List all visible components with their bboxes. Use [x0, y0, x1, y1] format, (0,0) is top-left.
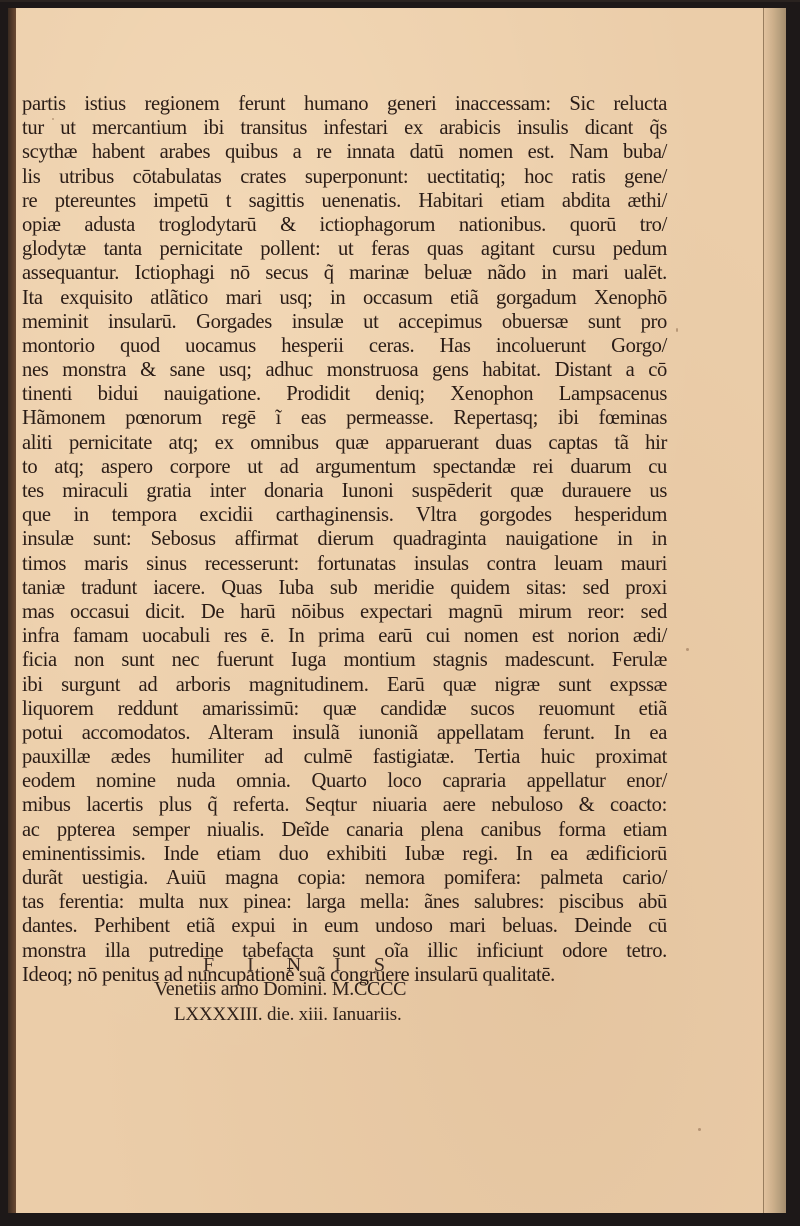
text-line: que in tempora excidii carthaginensis. V… [22, 503, 667, 527]
body-text: partis istius regionem ferunt humano gen… [22, 92, 667, 987]
text-line: opiæ adusta troglodytarū & ictiophagorum… [22, 213, 667, 237]
text-line: infra famam uocabuli res ē. In prima ear… [22, 624, 667, 648]
text-line: Ita exquisito atlãtico mari usq; in occa… [22, 286, 667, 310]
text-line: eminentissimis. Inde etiam duo exhibiti … [22, 842, 667, 866]
text-line: Hãmonem pœnorum regē ĩ eas permeasse. Re… [22, 406, 667, 430]
page-fore-edge [763, 8, 786, 1213]
text-line: assequantur. Ictiophagi nō secus q̃ mari… [22, 261, 667, 285]
imprint-line-1: Venetiis anno Domini. M.CCCC [154, 978, 800, 1001]
text-line: mibus lacertis plus q̃ referta. Seqtur n… [22, 793, 667, 817]
text-line: timos maris sinus recesserunt: fortunata… [22, 552, 667, 576]
text-line: re ptereuntes impetū t sagittis uenenati… [22, 189, 667, 213]
paper-speck [698, 1128, 701, 1131]
page-gutter [8, 8, 16, 1213]
text-line: nes monstra & sane usq; adhuc monstruosa… [22, 358, 667, 382]
text-line: lis utribus cōtabulatas crates superponu… [22, 165, 667, 189]
imprint-line-2: LXXXXIII. die. xiii. Ianuariis. [174, 1004, 800, 1026]
text-line: eodem nomine nuda omnia. Quarto loco cap… [22, 769, 667, 793]
text-line: partis istius regionem ferunt humano gen… [22, 92, 667, 116]
paper-speck [686, 648, 689, 651]
text-line: aliti pernicitate atq; ex omnibus quæ ap… [22, 431, 667, 455]
text-line: ac ppterea semper niualis. Deĩde canaria… [22, 818, 667, 842]
book-page: partis istius regionem ferunt humano gen… [8, 8, 786, 1213]
text-line: ibi surgunt ad arboris magnitudinem. Ear… [22, 673, 667, 697]
finis-heading: F I N I S [203, 954, 483, 977]
text-line: tur ut mercantium ibi transitus infestar… [22, 116, 667, 140]
book-top-edge [0, 0, 800, 2]
text-line: tinenti bidui nauigatione. Prodidit deni… [22, 382, 667, 406]
text-line: liquorem reddunt amarissimū: quæ candidæ… [22, 697, 667, 721]
text-line: mas occasui dicit. De harū nōibus expect… [22, 600, 667, 624]
text-line: glodytæ tanta pernicitate pollent: ut fe… [22, 237, 667, 261]
text-line: meminit insularū. Gorgades insulæ ut acc… [22, 310, 667, 334]
text-line: to atq; aspero corpore ut ad argumentum … [22, 455, 667, 479]
text-line: scythæ habent arabes quibus a re innata … [22, 140, 667, 164]
text-line: pauxillæ ædes humiliter ad culmē fastigi… [22, 745, 667, 769]
text-line: montorio quod uocamus hesperii ceras. Ha… [22, 334, 667, 358]
paper-speck [676, 328, 678, 332]
text-line: tes miraculi gratia inter donaria Iunoni… [22, 479, 667, 503]
text-line: tas ferentia: multa nux pinea: larga mel… [22, 890, 667, 914]
text-line: taniæ tradunt iacere. Quas Iuba sub meri… [22, 576, 667, 600]
text-line: insulæ sunt: Sebosus affirmat dierum qua… [22, 527, 667, 551]
text-line: potui accomodatos. Alteram insulã iunoni… [22, 721, 667, 745]
text-line: dantes. Perhibent etiã expui in eum undo… [22, 914, 667, 938]
text-line: durãt uestigia. Auiū magna copia: nemora… [22, 866, 667, 890]
text-line: ficia non sunt nec fuerunt Iuga montium … [22, 648, 667, 672]
